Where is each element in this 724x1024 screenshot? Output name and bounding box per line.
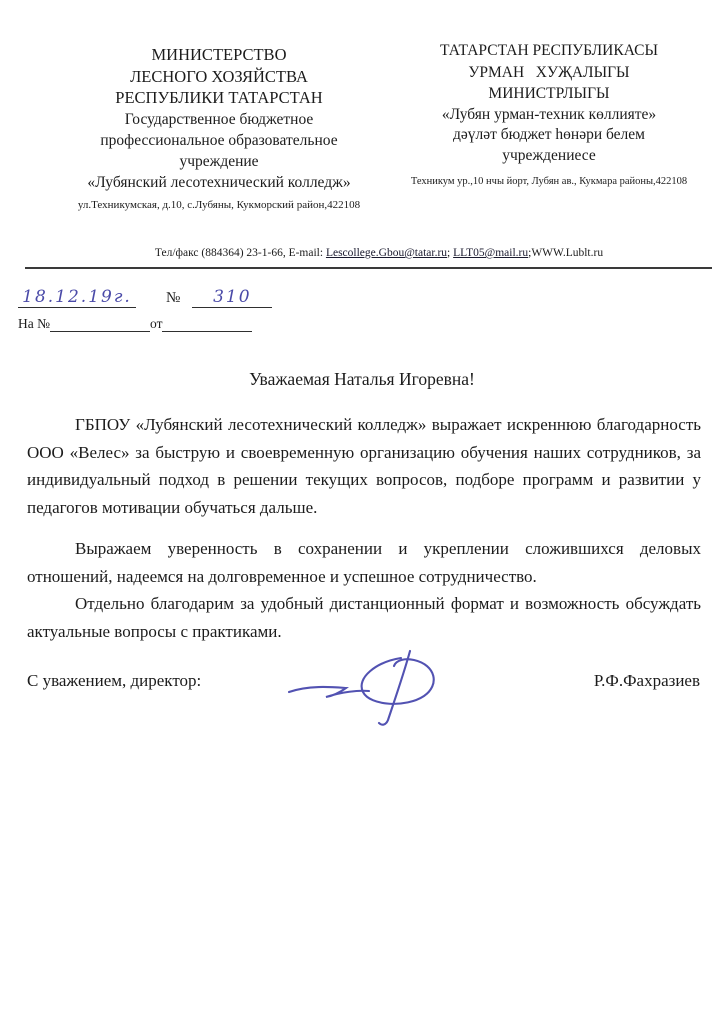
- greeting-line: Уважаемая Наталья Игоревна!: [0, 369, 724, 390]
- date-handwritten: 18.12.19г.: [22, 287, 132, 307]
- letter-paragraph: ГБПОУ «Лубянский лесотехнический колледж…: [27, 411, 701, 521]
- letter-body: ГБПОУ «Лубянский лесотехнический колледж…: [27, 411, 701, 645]
- incoming-number-blank: [50, 331, 150, 332]
- ministry-name-line: УРМАН ХУҖАЛЫГЫ: [382, 62, 716, 84]
- outgoing-number-field: 310: [192, 287, 272, 308]
- contact-line: Тел/факс (884364) 23-1-66, E-mail: Lesco…: [0, 247, 724, 259]
- incoming-date-blank: [162, 331, 252, 332]
- letter-paragraph: Отдельно благодарим за удобный дистанцио…: [27, 590, 701, 645]
- date-number-row: 18.12.19г. № 310: [18, 280, 308, 308]
- number-handwritten: 310: [213, 287, 251, 307]
- contact-prefix: Тел/факс (884364) 23-1-66, E-mail:: [155, 247, 326, 259]
- org-address: Техникум ур.,10 нчы йорт, Лубян ав., Кук…: [382, 175, 716, 188]
- scanned-letter-page: МИНИСТЕРСТВО ЛЕСНОГО ХОЗЯЙСТВА РЕСПУБЛИК…: [0, 0, 724, 1024]
- letterhead-right: ТАТАРСТАН РЕСПУБЛИКАСЫ УРМАН ХУҖАЛЫГЫ МИ…: [382, 40, 716, 188]
- org-name-line: профессиональное образовательное: [58, 130, 380, 151]
- org-name-line: дәүләт бюджет һөнәри белем: [382, 125, 716, 146]
- na-label: На №: [18, 316, 50, 332]
- ministry-name-line: РЕСПУБЛИКИ ТАТАРСТАН: [58, 87, 380, 109]
- closing-line: С уважением, директор:: [27, 671, 201, 691]
- number-sign-label: №: [166, 290, 180, 308]
- reference-block: 18.12.19г. № 310 На № от: [18, 280, 308, 332]
- ministry-name-line: МИНИСТЕРСТВО: [58, 44, 380, 66]
- website-text: ;WWW.Lublt.ru: [528, 247, 603, 259]
- email-link-1[interactable]: Lescollege.Gbou@tatar.ru: [326, 247, 447, 259]
- date-field: 18.12.19г.: [18, 287, 136, 308]
- ministry-name-line: МИНИСТРЛЫГЫ: [382, 83, 716, 105]
- ministry-name-line: ТАТАРСТАН РЕСПУБЛИКАСЫ: [382, 40, 716, 62]
- org-name-line: учреждениесе: [382, 146, 716, 167]
- divider-rule: [25, 267, 712, 269]
- org-name-line: «Лубян урман-техник көллияте»: [382, 105, 716, 126]
- letter-paragraph: Выражаем уверенность в сохранении и укре…: [27, 535, 701, 590]
- org-address: ул.Техникумская, д.10, с.Лубяны, Кукморс…: [58, 198, 380, 212]
- ot-label: от: [150, 316, 162, 332]
- org-name-line: Государственное бюджетное: [58, 109, 380, 130]
- letterhead-left: МИНИСТЕРСТВО ЛЕСНОГО ХОЗЯЙСТВА РЕСПУБЛИК…: [58, 44, 380, 212]
- signer-name: Р.Ф.Фахразиев: [594, 671, 700, 691]
- org-name-line: учреждение: [58, 151, 380, 172]
- reply-reference-row: На № от: [18, 310, 308, 332]
- org-name-line: «Лубянский лесотехнический колледж»: [58, 172, 380, 193]
- email-link-2[interactable]: LLT05@mail.ru: [453, 247, 528, 259]
- signature-scribble: [283, 643, 453, 731]
- ministry-name-line: ЛЕСНОГО ХОЗЯЙСТВА: [58, 66, 380, 88]
